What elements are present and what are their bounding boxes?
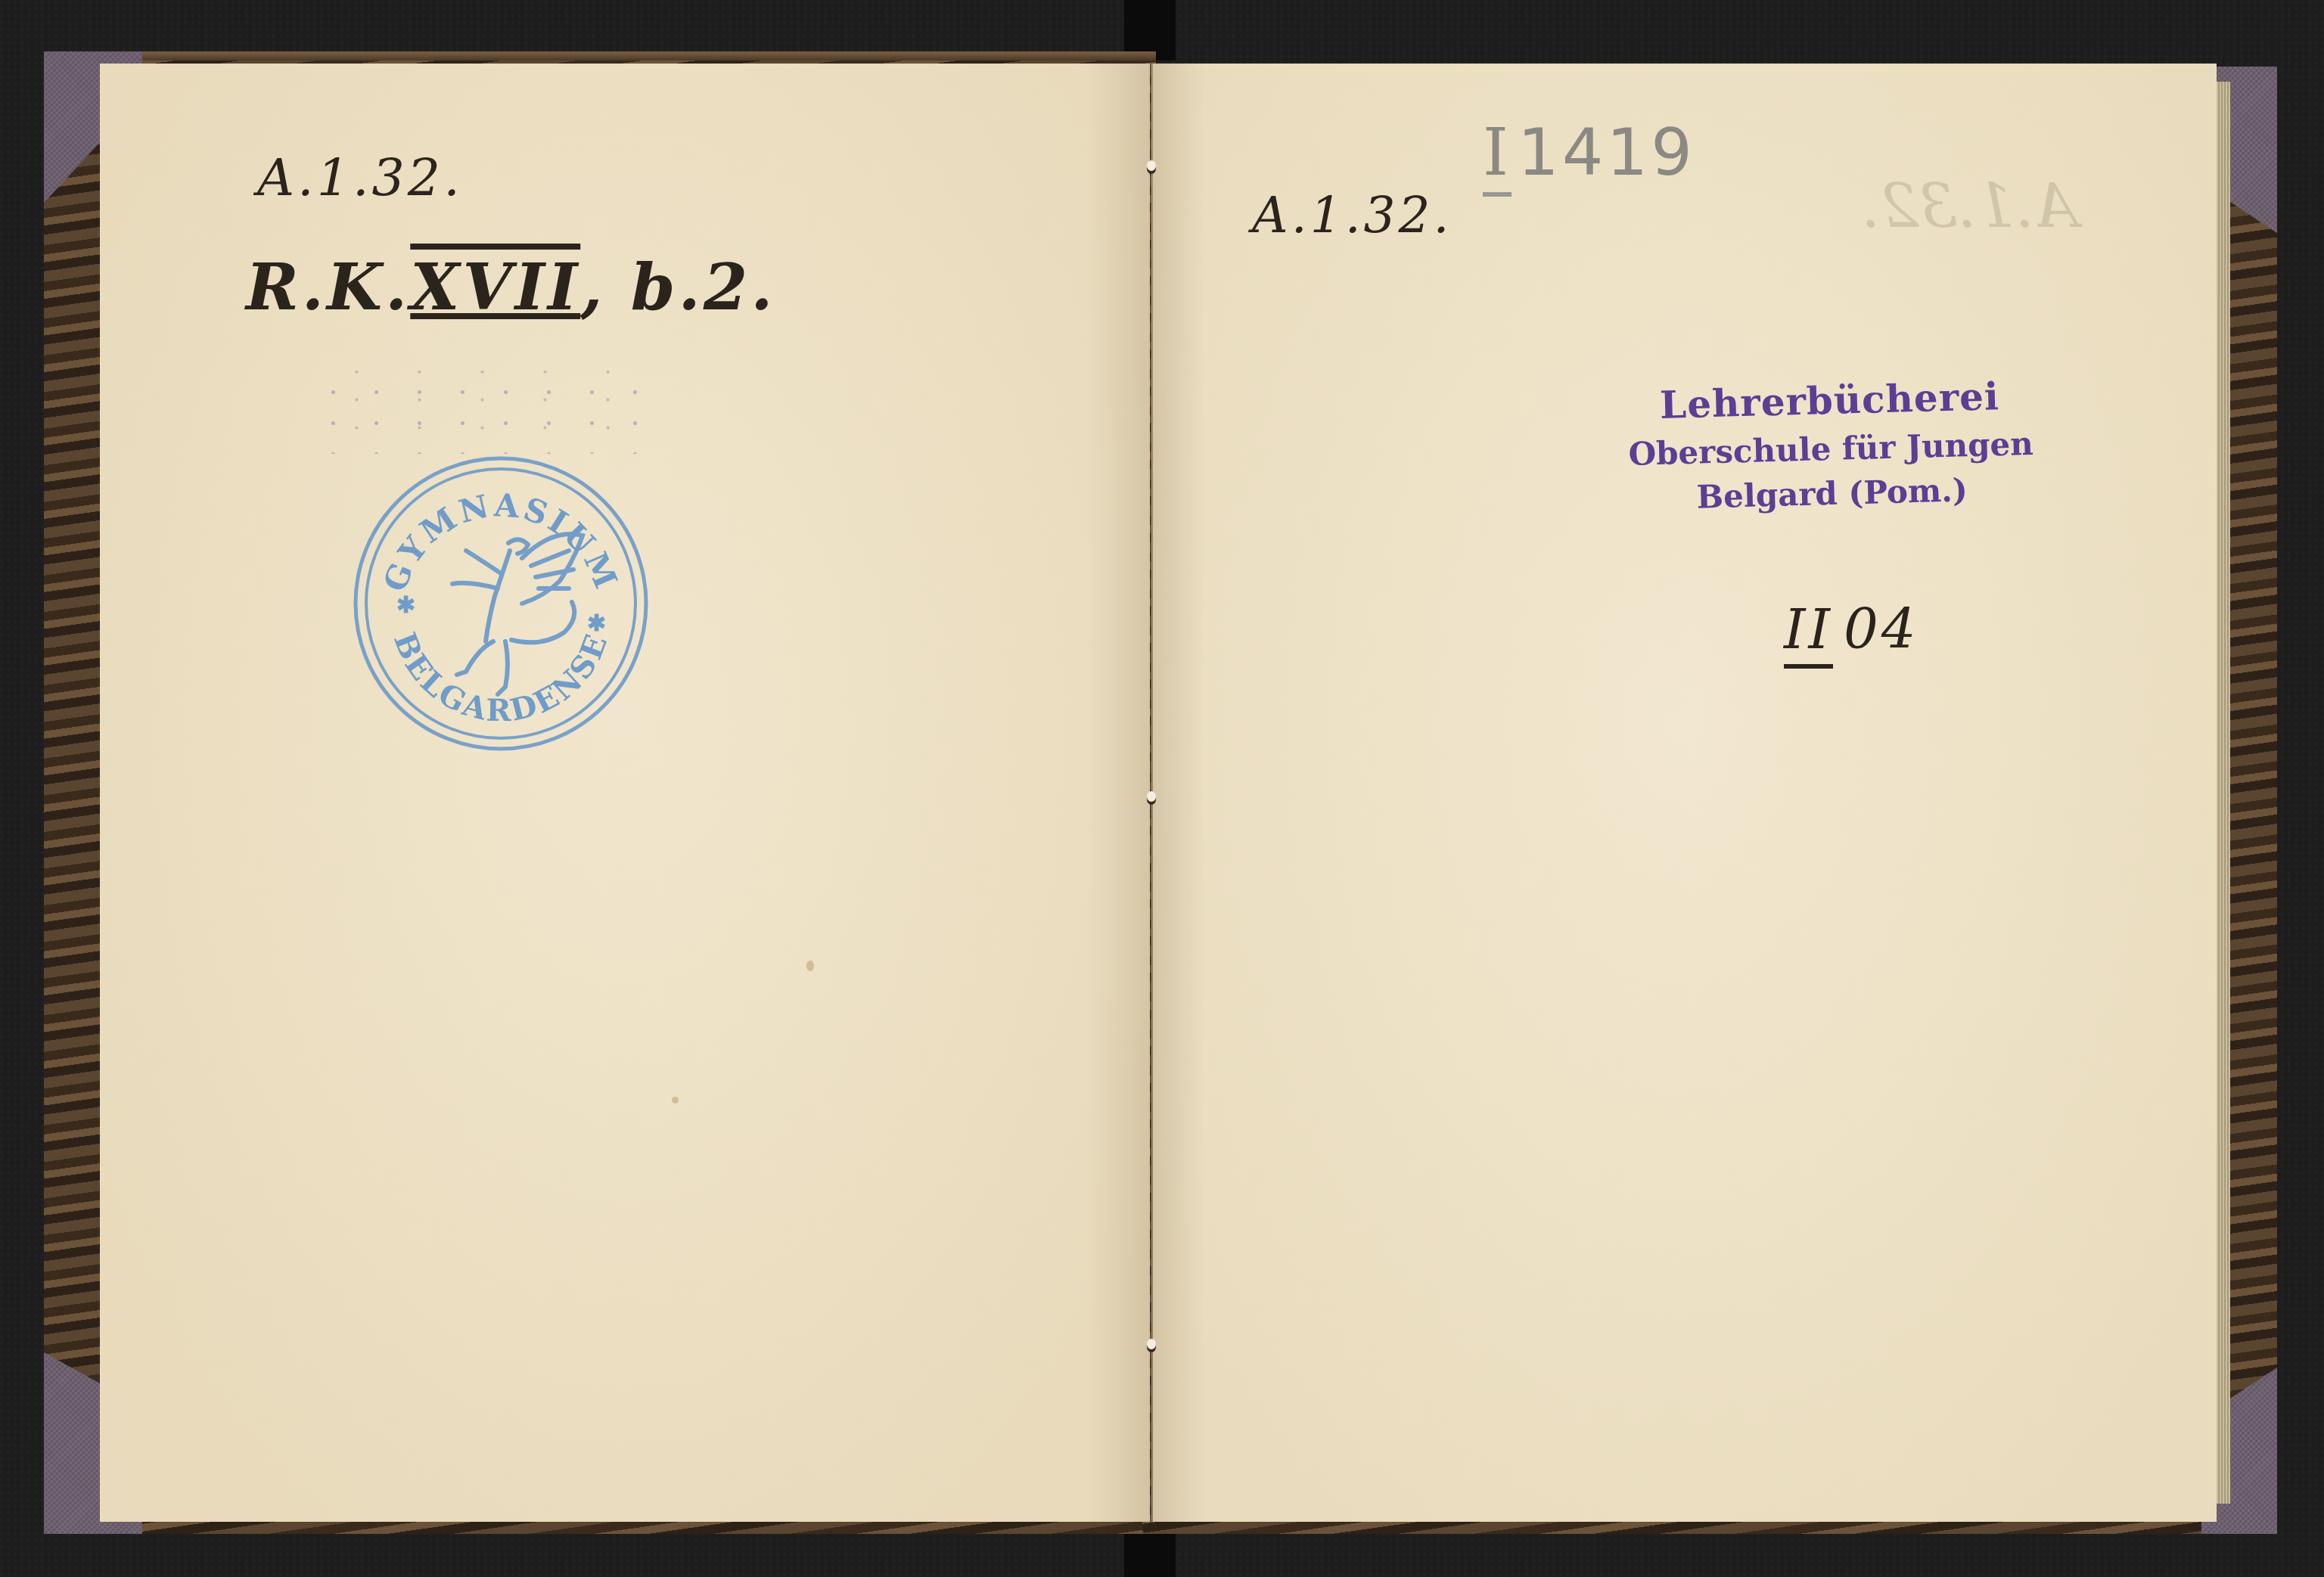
gymnasium-seal-stamp: GYMNASIUM BELGARDENSE ✱ ✱	[350, 452, 652, 755]
foxing-spot	[806, 961, 814, 971]
svg-text:✱: ✱	[396, 592, 415, 619]
page-block-edges	[2217, 82, 2230, 1504]
ink-speckles	[303, 371, 651, 454]
library-stamp: Lehrerbücherei Oberschule für Jungen Bel…	[1625, 373, 2037, 517]
foxing-spot	[672, 1097, 679, 1104]
pencil-roman: I	[1483, 115, 1512, 197]
bleed-through-text: A.1.32.	[1861, 171, 2078, 241]
call-number-handwritten: A.1.32.	[257, 148, 463, 208]
griffin-icon: GYMNASIUM BELGARDENSE ✱ ✱	[350, 452, 652, 755]
shelf-signature-handwritten: R.K.XVII, b.2.	[246, 250, 775, 324]
right-page	[1151, 64, 2217, 1522]
pencil-accession-number: I1419	[1483, 115, 1695, 191]
call-number-handwritten: A.1.32.	[1252, 186, 1452, 244]
shelf-mark-roman: II	[1784, 598, 1833, 669]
pencil-number: 1419	[1518, 115, 1695, 191]
binding-stitch	[1147, 160, 1156, 171]
stamp-line-2: Oberschule für Jungen	[1626, 425, 2036, 473]
binding-stitch	[1147, 791, 1156, 802]
shelf-mark-handwritten: II04	[1784, 598, 1919, 661]
signature-roman: XVII	[410, 250, 580, 324]
signature-prefix: R.K.	[246, 250, 410, 324]
svg-text:✱: ✱	[587, 610, 606, 637]
cover-edge	[44, 51, 1156, 61]
signature-suffix: , b.2.	[580, 250, 775, 324]
binding-stitch	[1147, 1339, 1156, 1349]
shelf-mark-number: 04	[1844, 598, 1919, 661]
